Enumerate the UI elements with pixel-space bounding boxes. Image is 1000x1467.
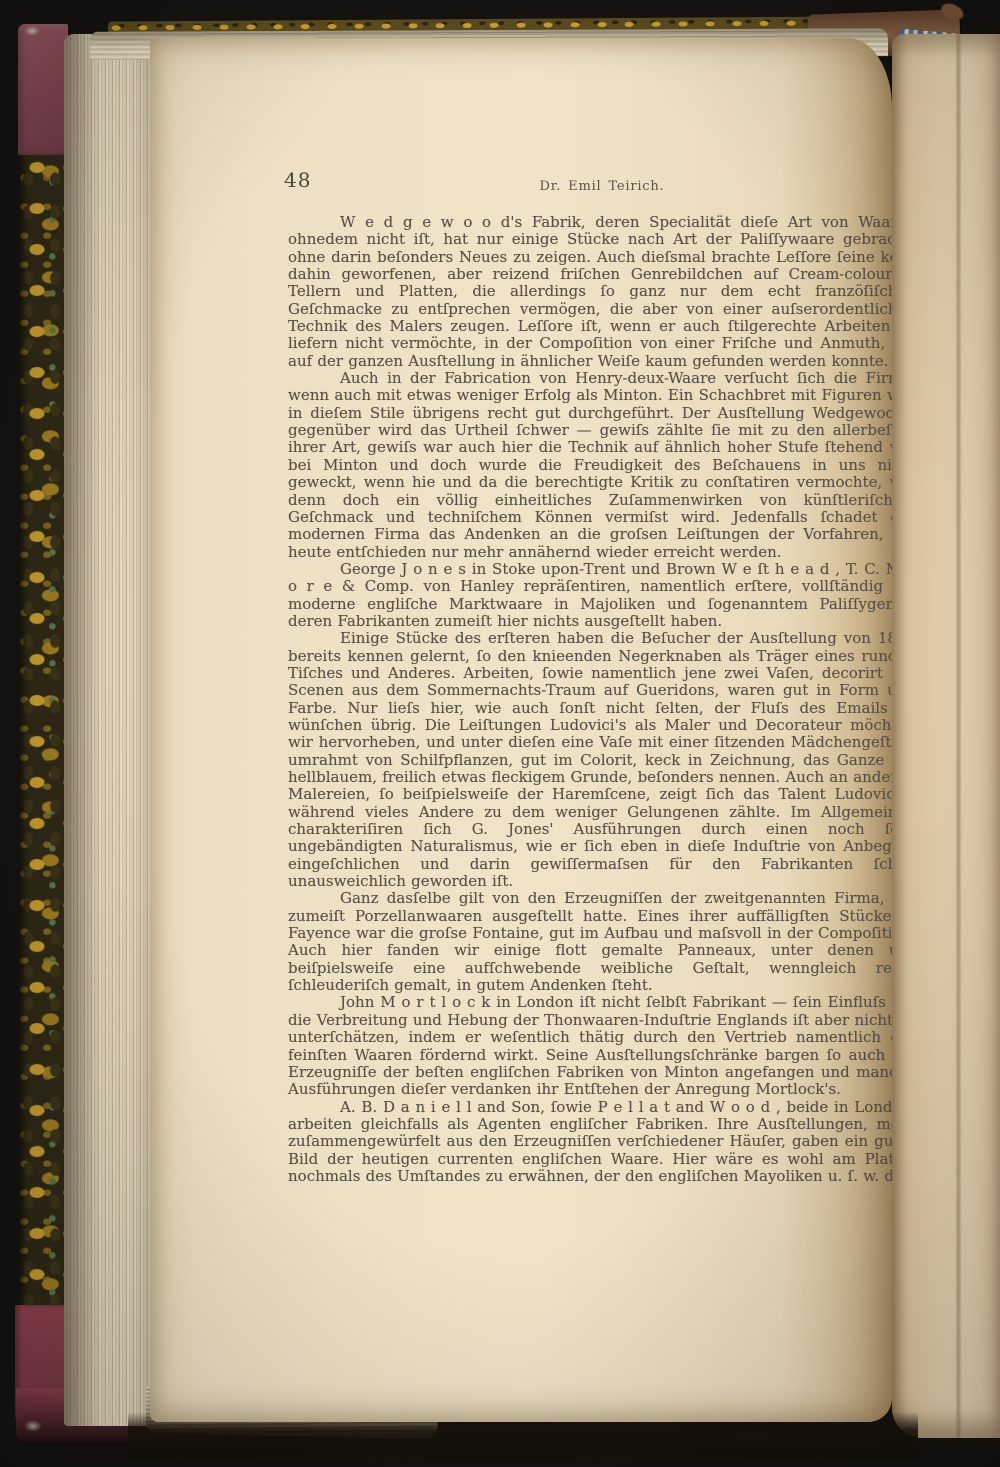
book-photo-scene: 48 Dr. Emil Teirich. W e d g e w o o d's… — [0, 0, 1000, 1467]
paragraph: Ganz dasſelbe gilt von den Erzeugniſſen … — [288, 890, 892, 994]
page-body-text: W e d g e w o o d's Fabrik, deren Specia… — [288, 214, 892, 1185]
page-stack-left-edge — [64, 34, 156, 1426]
facing-page — [892, 34, 1000, 1438]
running-header: Dr. Emil Teirich. — [288, 179, 892, 194]
paragraph: Auch in der Fabrication von Henry-deux-W… — [288, 370, 892, 561]
marbled-cover-edge — [20, 24, 66, 1422]
paragraph: A. B. D a n i e l l and Son, ſowie P e l… — [288, 1099, 892, 1186]
paragraph: W e d g e w o o d's Fabrik, deren Specia… — [288, 214, 892, 370]
paragraph: Einige Stücke des erſteren haben die Beſ… — [288, 630, 892, 890]
leather-corner-top-left — [18, 24, 68, 155]
book-page: 48 Dr. Emil Teirich. W e d g e w o o d's… — [150, 38, 892, 1422]
paragraph: John M o r t l o c k in London iſt nicht… — [288, 994, 892, 1098]
facing-page-crease — [955, 34, 962, 1438]
paragraph: George J o n e s in Stoke upon-Trent und… — [288, 561, 892, 630]
